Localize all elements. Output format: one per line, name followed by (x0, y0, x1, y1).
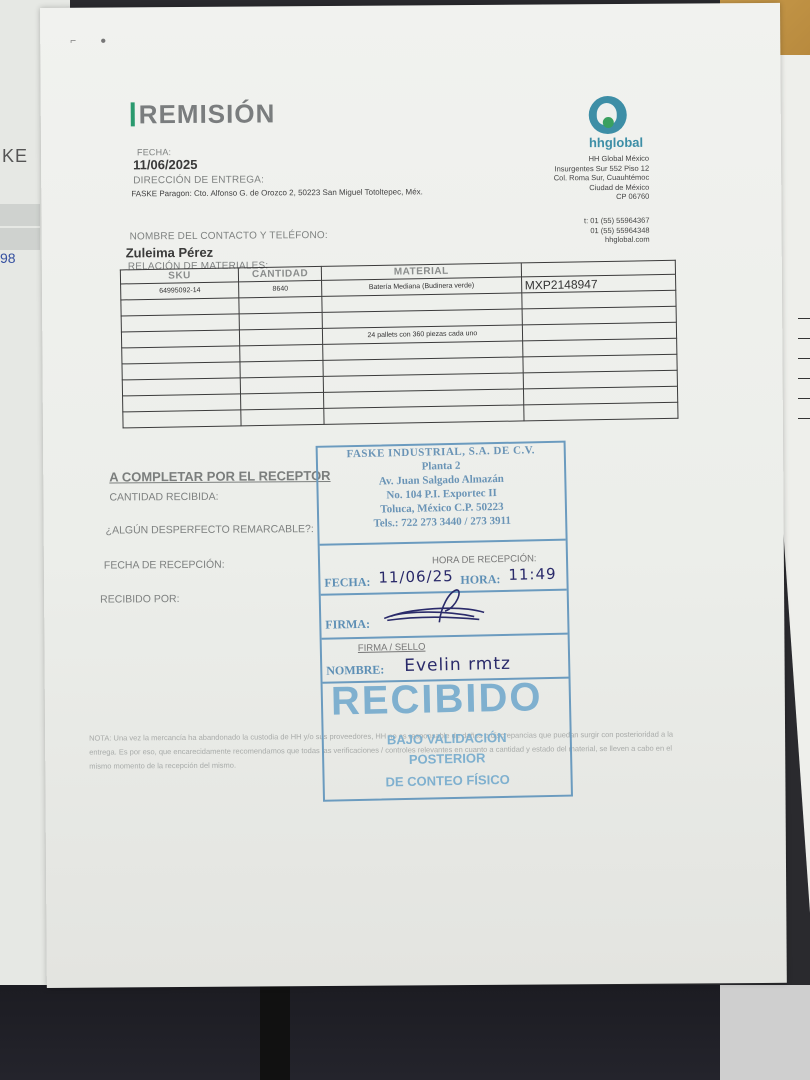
zipper (260, 985, 290, 1080)
materials-table: SKU CANTIDAD MATERIAL 64995092-148640Bat… (120, 260, 679, 429)
phone-1: t: 01 (55) 55964367 (511, 216, 649, 226)
brand-name: hhglobal (589, 135, 643, 150)
posterior-text: POSTERIOR (324, 749, 570, 769)
sku-cell (123, 410, 241, 428)
cantidad-cell (241, 392, 324, 409)
company-address: HH Global México Insurgentes Sur 552 Pis… (511, 154, 649, 202)
fecha-label: FECHA: (137, 147, 171, 157)
direccion-label: DIRECCIÓN DE ENTREGA: (133, 174, 264, 186)
title-text: REMISIÓN (139, 98, 276, 129)
punch-mark: ⌐ (70, 36, 76, 47)
title-accent-bar (131, 102, 135, 126)
stamp-address: FASKE INDUSTRIAL, S.A. DE C.V. Planta 2 … (318, 443, 566, 532)
address-line: HH Global México (511, 154, 649, 164)
website: hhglobal.com (512, 235, 650, 245)
stamp-divider (322, 633, 568, 640)
hhglobal-logo-icon (589, 96, 627, 134)
receptor-section-title: A COMPLETAR POR EL RECEPTOR (109, 468, 330, 485)
cantidad-cell (240, 328, 323, 345)
cantidad-recibida-label: CANTIDAD RECIBIDA: (109, 491, 218, 504)
stamp-nombre-label: NOMBRE: (326, 662, 384, 678)
underlying-sheet-band (0, 204, 40, 226)
stamp-nombre-value: Evelin rmtz (404, 654, 511, 676)
bajo-validacion-text: BAJO VALIDACIÓN (324, 729, 570, 749)
stamp-fecha-value: 11/06/25 (378, 567, 454, 587)
desperfecto-label: ¿ALGÚN DESPERFECTO REMARCABLE?: (106, 523, 314, 536)
underlying-handwriting: 98 (0, 250, 16, 266)
document-title: REMISIÓN (131, 98, 276, 130)
conteo-fisico-text: DE CONTEO FÍSICO (325, 771, 571, 791)
cantidad-cell (240, 360, 323, 377)
dark-fabric-background (0, 985, 810, 1080)
reception-stamp: FASKE INDUSTRIAL, S.A. DE C.V. Planta 2 … (316, 441, 573, 802)
fecha-recepcion-label: FECHA DE RECEPCIÓN: (104, 559, 225, 572)
contacto-label: NOMBRE DEL CONTACTO Y TELÉFONO: (130, 230, 328, 242)
material-cell (324, 405, 524, 424)
signature-drawing (379, 586, 490, 628)
floor (720, 985, 810, 1080)
firma-sello-label: FIRMA / SELLO (358, 642, 426, 654)
stamp-divider (320, 539, 566, 546)
direccion-value: FASKE Paragon: Cto. Alfonso G. de Orozco… (131, 187, 441, 199)
cantidad-cell (240, 376, 323, 393)
company-contact: t: 01 (55) 55964367 01 (55) 55964348 hhg… (511, 216, 649, 245)
reference-cell (523, 402, 678, 421)
header-cantidad: CANTIDAD (239, 266, 322, 281)
stamp-fecha-label: FECHA: (324, 575, 370, 591)
cantidad-cell (241, 408, 324, 425)
stamp-firma-label: FIRMA: (325, 617, 370, 633)
cantidad-cell (239, 296, 322, 313)
fecha-value: 11/06/2025 (133, 157, 197, 172)
recibido-stamp-text: RECIBIDO (330, 675, 542, 724)
underlying-sheet-text: KE (2, 146, 28, 167)
underlying-sheet-band (0, 228, 40, 250)
stamp-hora-value: 11:49 (508, 565, 557, 584)
contacto-value: Zuleima Pérez (126, 245, 214, 261)
cantidad-cell (240, 344, 323, 361)
recibido-por-label: RECIBIDO POR: (100, 593, 179, 606)
hora-recepcion-label: HORA DE RECEPCIÓN: (432, 553, 537, 566)
address-line: Col. Roma Sur, Cuauhtémoc (511, 173, 649, 183)
cantidad-cell (239, 312, 322, 329)
remision-document: ⌐ ● REMISIÓN FECHA: 11/06/2025 DIRECCIÓN… (40, 3, 787, 988)
punch-mark: ● (100, 36, 106, 47)
address-line: CP 06760 (511, 192, 649, 202)
cantidad-cell: 8640 (239, 280, 322, 297)
sheet-edge-lines (798, 300, 810, 420)
